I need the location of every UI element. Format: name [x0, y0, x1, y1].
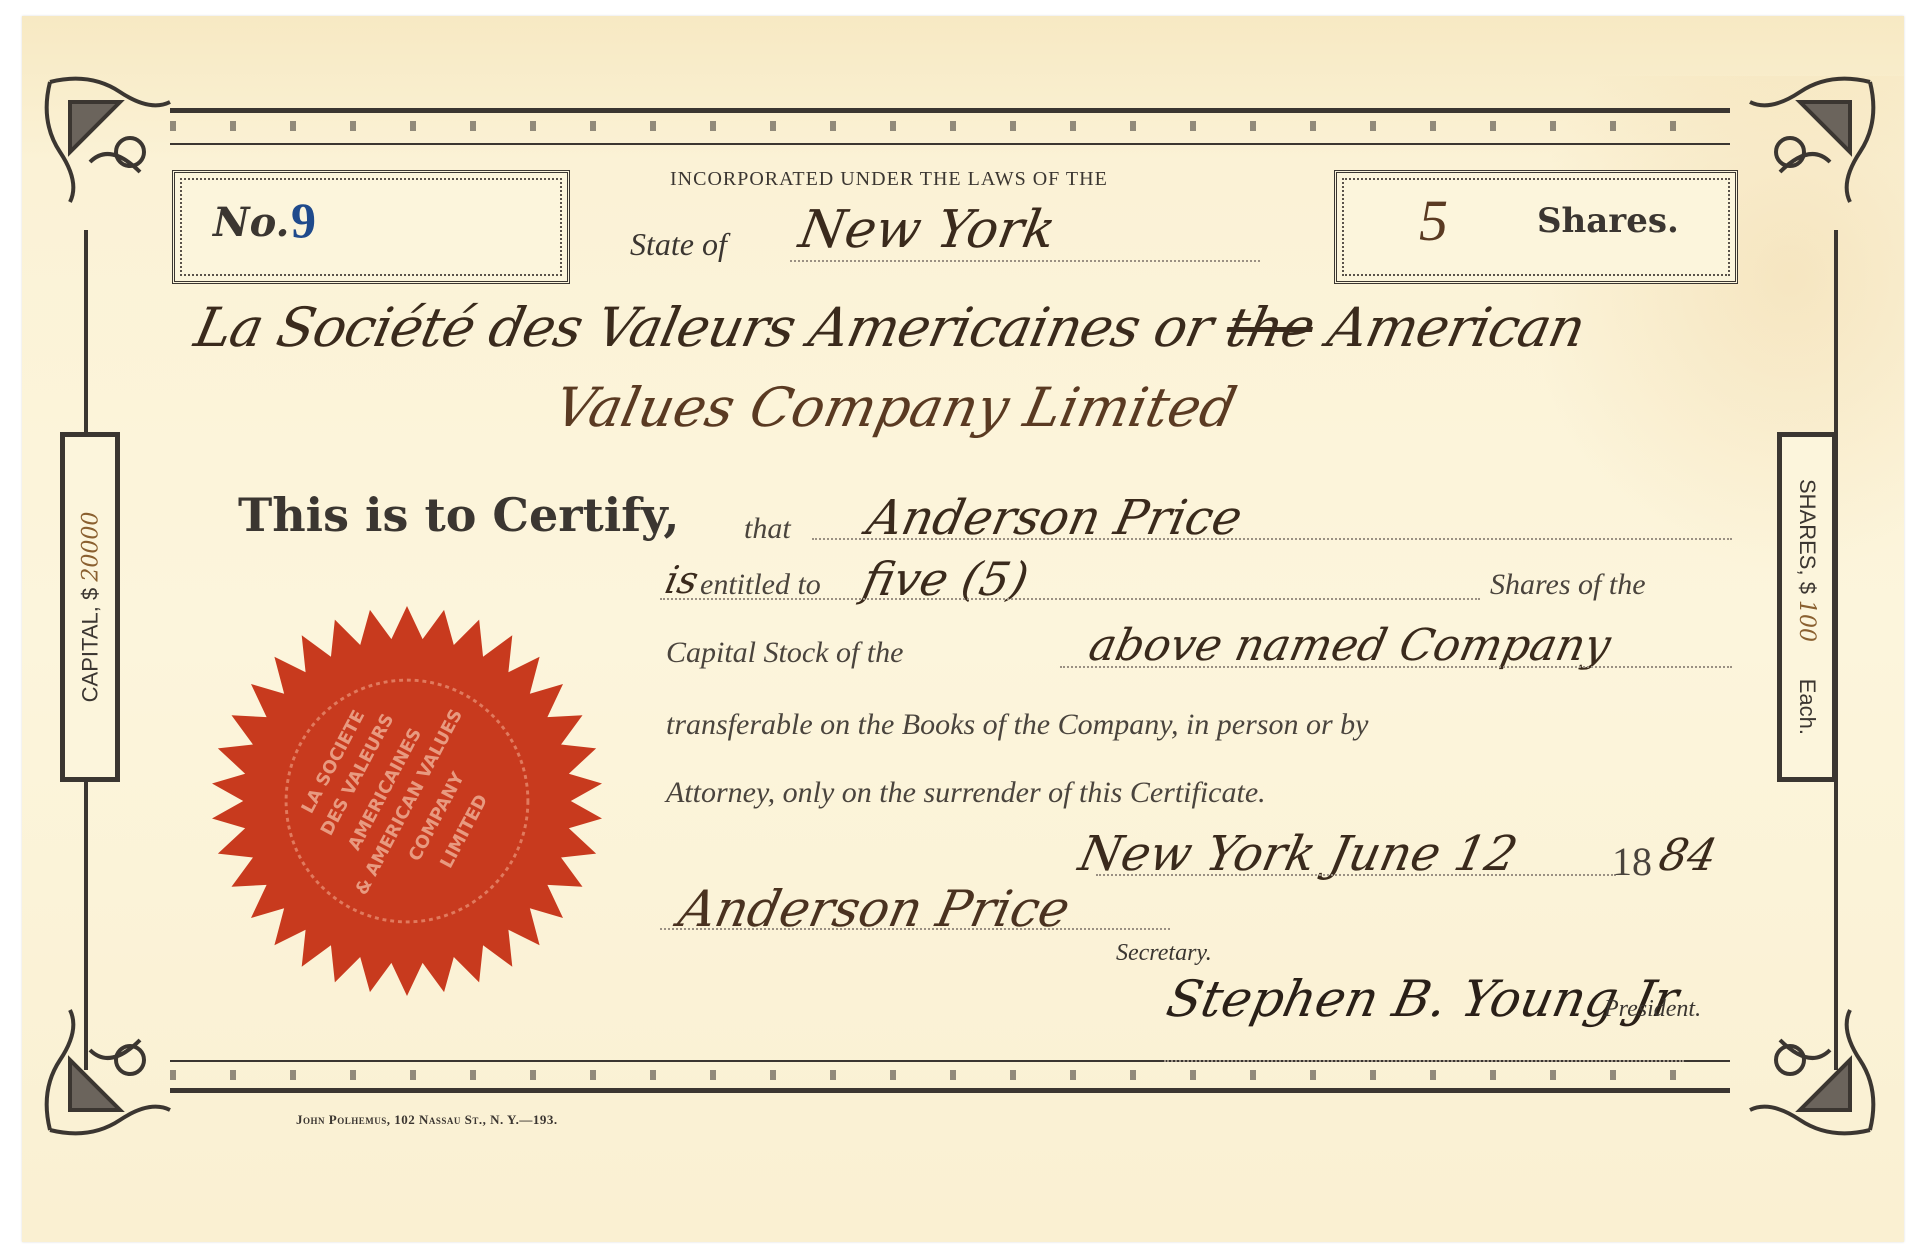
certificate-number: 9: [291, 191, 316, 249]
corner-ornament-icon: [30, 62, 180, 212]
president-label: President.: [1604, 996, 1701, 1023]
bottom-ornamental-border: [170, 1060, 1730, 1093]
state-of-label: State of: [630, 226, 727, 263]
shares-count-box: 5 Shares.: [1334, 170, 1738, 284]
secretary-dotted-line: [660, 928, 1170, 930]
that-label: that: [744, 512, 791, 546]
company-reference-dotted-line: [1060, 666, 1732, 668]
entitled-label: entitled to: [700, 568, 821, 602]
capital-side-label: CAPITAL, $ 20000: [60, 432, 120, 782]
printer-imprint: John Polhemus, 102 Nassau St., N. Y.—193…: [296, 1112, 558, 1128]
corner-ornament-icon: [30, 1000, 180, 1150]
company-name-line1: La Société des Valeurs Americaines or th…: [189, 296, 1590, 359]
holder-dotted-line: [812, 538, 1732, 540]
company-reference: above named Company: [1085, 620, 1616, 671]
corner-ornament-icon: [1740, 62, 1890, 212]
company-name-struck-word: the: [1221, 296, 1320, 359]
year-suffix: 84: [1655, 830, 1722, 881]
shares-label: Shares.: [1537, 201, 1679, 241]
president-dotted-line: [1164, 1060, 1684, 1062]
par-suffix: Each.: [1795, 679, 1820, 735]
par-value: 100: [1794, 600, 1819, 642]
company-name-end: American: [1322, 296, 1590, 359]
certificate-number-box: No. 9: [172, 170, 570, 284]
secretary-label: Secretary.: [1116, 940, 1212, 967]
date-dotted-line: [1096, 874, 1616, 876]
corporate-seal-icon: LA SOCIETE DES VALEURS AMERICAINES & AME…: [212, 606, 602, 996]
par-value-side-label: SHARES, $ 100 Each.: [1777, 432, 1837, 782]
certify-heading: This is to Certify,: [238, 488, 679, 542]
state-dotted-line: [790, 260, 1260, 262]
shares-count: 5: [1419, 187, 1448, 254]
entitled-dotted-line: [660, 598, 1480, 600]
attorney-line: Attorney, only on the surrender of this …: [666, 776, 1266, 810]
state-value: New York: [795, 200, 1060, 260]
corner-ornament-icon: [1740, 1000, 1890, 1150]
shares-of-the-label: Shares of the: [1490, 568, 1646, 602]
capital-label: CAPITAL, $: [77, 588, 102, 703]
par-label: SHARES, $: [1795, 479, 1820, 594]
top-ornamental-border: [170, 108, 1730, 145]
company-name-main: La Société des Valeurs Americaines or: [189, 296, 1218, 359]
year-prefix: 18: [1612, 838, 1652, 885]
incorporated-heading: INCORPORATED UNDER THE LAWS OF THE: [670, 168, 1108, 191]
number-label: No.: [213, 199, 289, 246]
capital-value: 20000: [78, 512, 103, 582]
transfer-line: transferable on the Books of the Company…: [666, 708, 1368, 742]
capital-stock-label: Capital Stock of the: [666, 636, 903, 670]
company-name-line2: Values Company Limited: [549, 376, 1242, 439]
